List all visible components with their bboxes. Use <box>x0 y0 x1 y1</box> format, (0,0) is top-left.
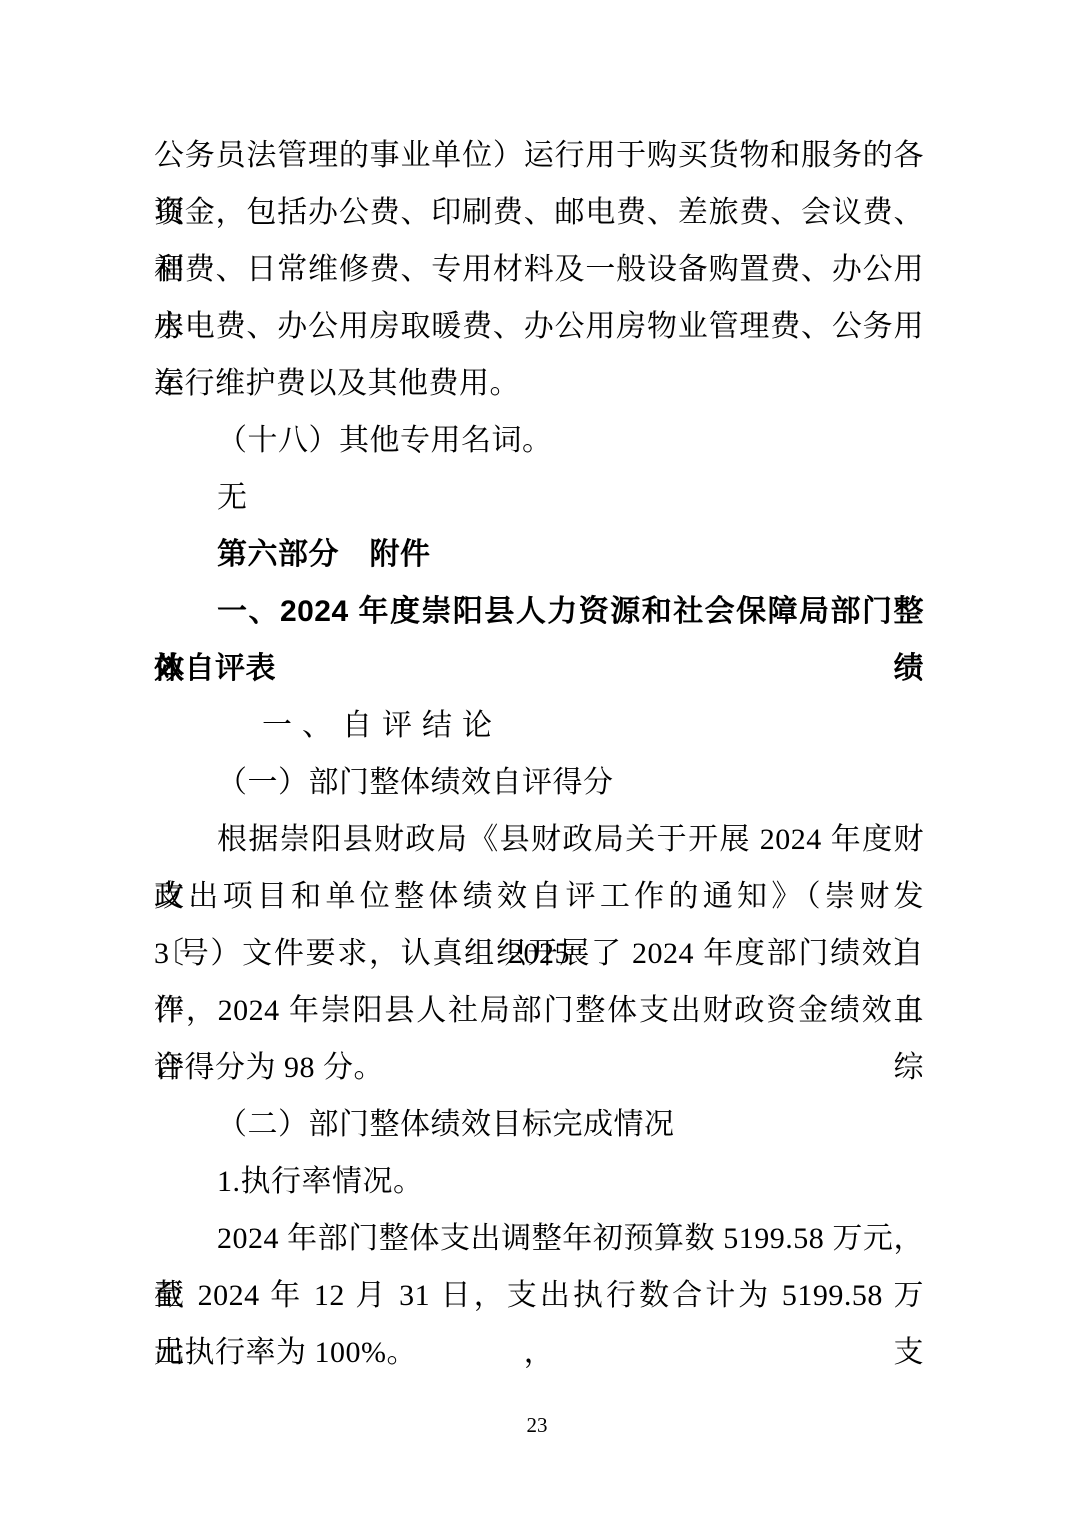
subsection-heading: 一、自评结论 <box>154 697 924 754</box>
attachment-title-line: 一、2024 年度崇阳县人力资源和社会保障局部门整体绩 <box>154 583 924 640</box>
document-line: 支出项目和单位整体绩效自评工作的通知》（崇财发〔2025〕 <box>154 868 924 925</box>
document-line: （二）部门整体绩效目标完成情况 <box>154 1096 924 1153</box>
document-line: 2024 年部门整体支出调整年初预算数 5199.58 万元，截 <box>154 1210 924 1267</box>
section-heading: 第六部分 附件 <box>154 526 924 583</box>
document-line: （一）部门整体绩效自评得分 <box>154 754 924 811</box>
document-line: 1.执行率情况。 <box>154 1153 924 1210</box>
document-line: 3 号）文件要求，认真组织开展了 2024 年度部门绩效自评工 <box>154 925 924 982</box>
document-line: 作，2024 年崇阳县人社局部门整体支出财政资金绩效自评综 <box>154 982 924 1039</box>
page-number: 23 <box>0 1410 1074 1440</box>
document-body: 公务员法管理的事业单位）运行用于购买货物和服务的各项 资金，包括办公费、印刷费、… <box>154 127 924 1381</box>
document-line: 根据崇阳县财政局《县财政局关于开展 2024 年度财政 <box>154 811 924 868</box>
document-line: 资金，包括办公费、印刷费、邮电费、差旅费、会议费、福 <box>154 184 924 241</box>
document-line: 利费、日常维修费、专用材料及一般设备购置费、办公用房 <box>154 241 924 298</box>
document-line: 无 <box>154 469 924 526</box>
document-line: 至 2024 年 12 月 31 日，支出执行数合计为 5199.58 万元，支 <box>154 1267 924 1324</box>
document-line: 运行维护费以及其他费用。 <box>154 355 924 412</box>
document-line: （十八）其他专用名词。 <box>154 412 924 469</box>
document-line: 水电费、办公用房取暖费、办公用房物业管理费、公务用车 <box>154 298 924 355</box>
document-line: 公务员法管理的事业单位）运行用于购买货物和服务的各项 <box>154 127 924 184</box>
document-page: 公务员法管理的事业单位）运行用于购买货物和服务的各项 资金，包括办公费、印刷费、… <box>0 0 1074 1520</box>
